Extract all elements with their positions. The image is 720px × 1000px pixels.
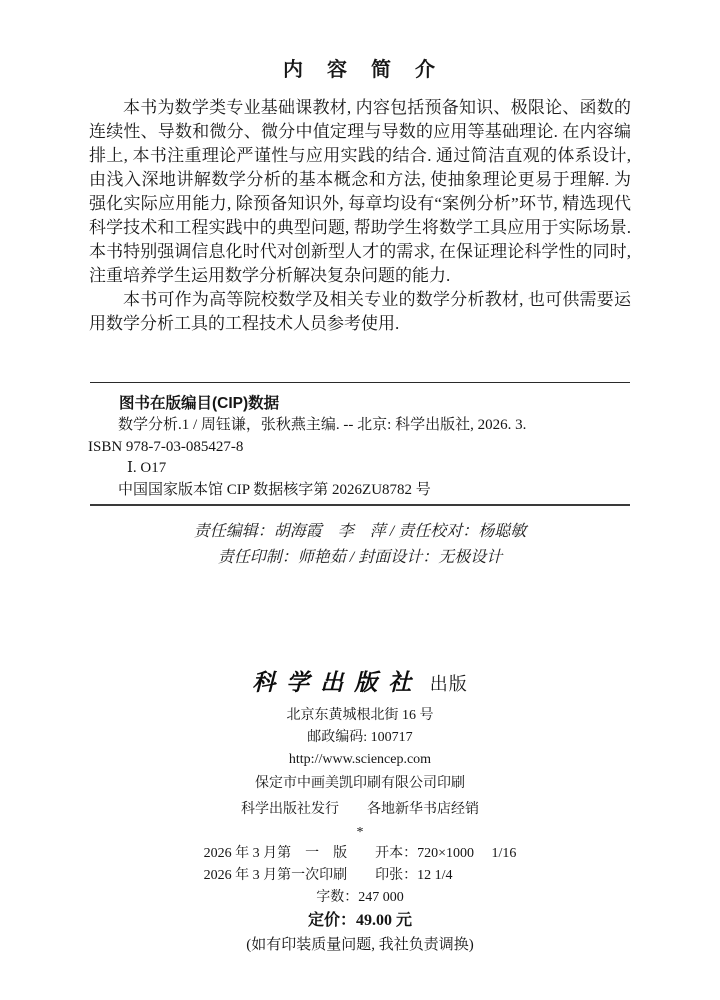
distribution-info: 科学出版社发行 各地新华书店经销	[0, 799, 720, 821]
separator-star: *	[0, 823, 720, 843]
publisher-logo: 科学出版社	[252, 670, 422, 695]
edition-line: 2026 年 3 月第 一 版 开本：720×1000 1/16	[204, 843, 517, 865]
page-title: 内 容 简 介	[0, 56, 720, 84]
printer-info: 保定市中画美凯印刷有限公司印刷	[0, 773, 720, 795]
publisher-address: 北京东黄城根北街 16 号	[0, 705, 720, 727]
cip-top-rule	[90, 382, 630, 383]
isbn-number: ISBN 978-7-03-085427-8	[88, 437, 632, 459]
publisher-postcode: 邮政编码: 100717	[0, 727, 720, 749]
edition-info: 2026 年 3 月第 一 版 开本：720×1000 1/16 2026 年 …	[0, 843, 720, 887]
cip-entry: 数学分析.1 / 周钰谦，张秋燕主编. -- 北京: 科学出版社, 2026. …	[88, 415, 632, 437]
summary-paragraph-1: 本书为数学类专业基础课教材, 内容包括预备知识、极限论、函数的连续性、导数和微分…	[89, 96, 631, 288]
price: 定价：49.00 元	[0, 909, 720, 933]
quality-notice: (如有印装质量问题, 我社负责调换)	[0, 933, 720, 957]
cip-bottom-rule	[90, 504, 630, 506]
book-copyright-page: 内 容 简 介 本书为数学类专业基础课教材, 内容包括预备知识、极限论、函数的连…	[0, 0, 720, 1000]
printing-line: 2026 年 3 月第一次印刷 印张：12 1/4	[204, 865, 517, 887]
editors-line: 责任编辑：胡海霞 李 萍 / 责任校对：杨聪敏	[0, 519, 720, 545]
production-design-line: 责任印制：师艳茹 / 封面设计：无极设计	[0, 545, 720, 571]
cip-heading: 图书在版编目(CIP)数据	[88, 392, 632, 415]
summary-paragraph-2: 本书可作为高等院校数学及相关专业的数学分析教材, 也可供需要运用数学分析工具的工…	[89, 288, 631, 336]
cip-data-block: 图书在版编目(CIP)数据 数学分析.1 / 周钰谦，张秋燕主编. -- 北京:…	[88, 392, 632, 501]
word-count: 字数：247 000	[0, 887, 720, 909]
staff-credits: 责任编辑：胡海霞 李 萍 / 责任校对：杨聪敏 责任印制：师艳茹 / 封面设计：…	[0, 519, 720, 571]
content-summary: 本书为数学类专业基础课教材, 内容包括预备知识、极限论、函数的连续性、导数和微分…	[89, 96, 631, 336]
cip-record-number: 中国国家版本馆 CIP 数据核字第 2026ZU8782 号	[88, 480, 632, 502]
colophon: 科学出版社 出版 北京东黄城根北街 16 号 邮政编码: 100717 http…	[0, 668, 720, 957]
cip-classification: Ⅰ. O17	[88, 458, 632, 480]
publisher-line: 科学出版社 出版	[0, 668, 720, 702]
publisher-suffix: 出版	[430, 674, 468, 694]
publisher-website: http://www.sciencep.com	[0, 749, 720, 771]
